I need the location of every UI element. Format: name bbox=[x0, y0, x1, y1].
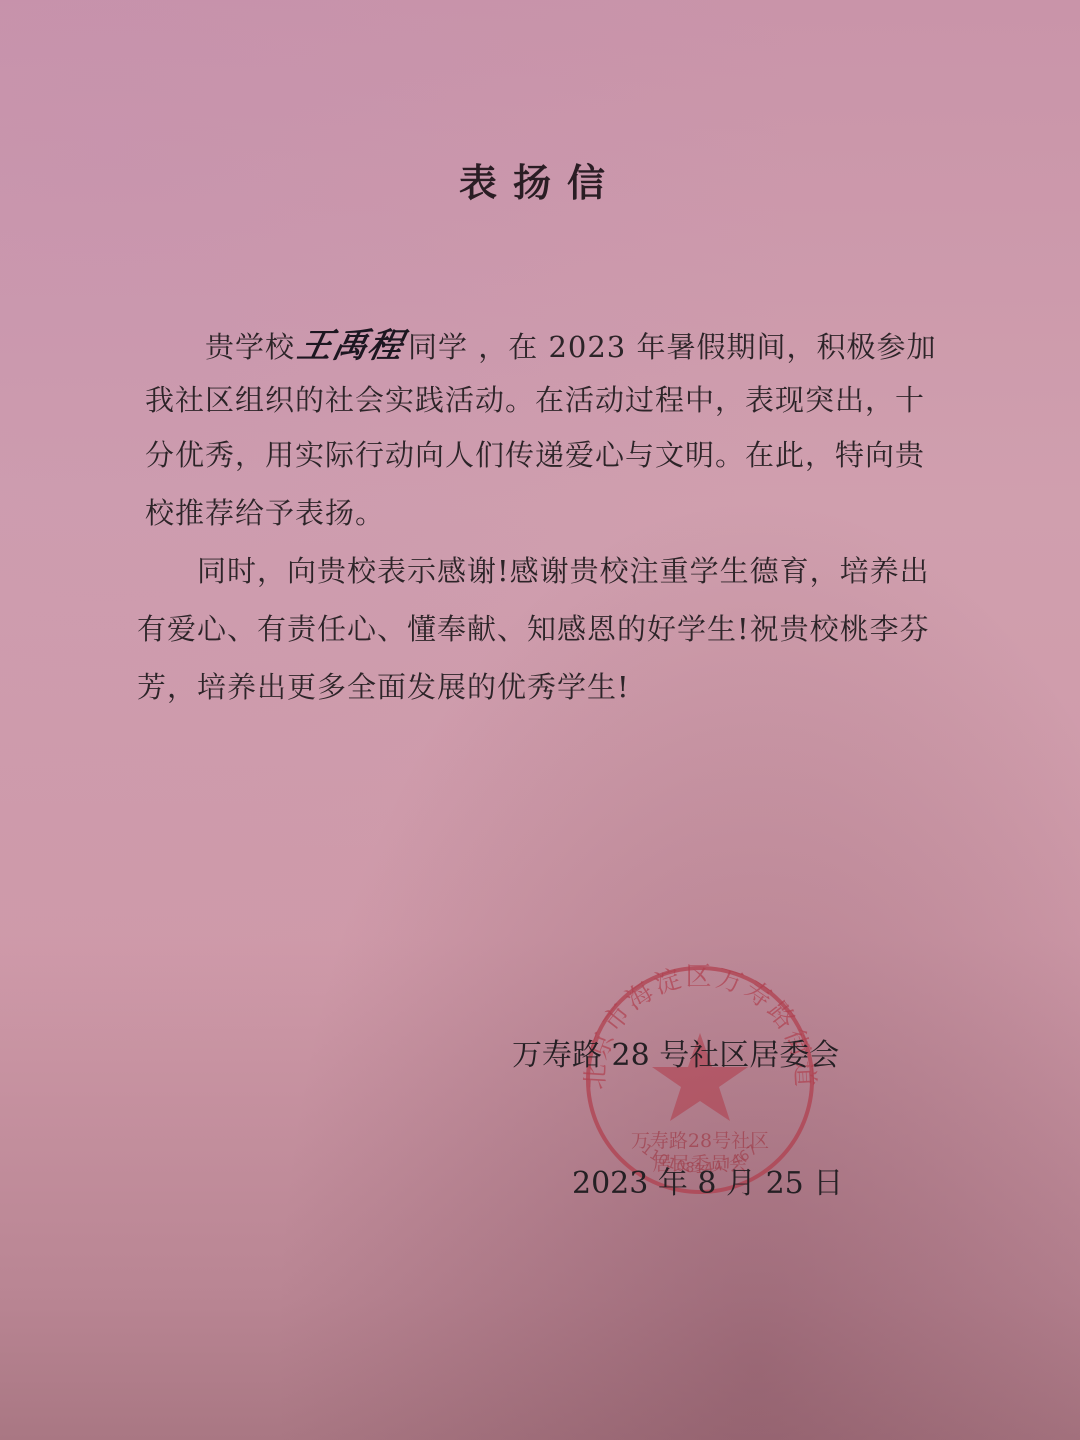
issuing-organization: 万寿路 28 号社区居委会 bbox=[512, 1030, 839, 1074]
issue-date: 2023 年 8 月 25 日 bbox=[572, 1158, 843, 1202]
paragraph1-line3: 分优秀，用实际行动向人们传递爱心与文明。在此，特向贵 bbox=[145, 433, 925, 474]
salutation: 贵学校 bbox=[205, 330, 295, 364]
letter-title: 表扬信 bbox=[0, 152, 1080, 207]
paragraph1-line4: 校推荐给予表扬。 bbox=[145, 491, 385, 532]
paragraph2-line1: 同时，向贵校表示感谢!感谢贵校注重学生德育，培养出 bbox=[197, 549, 930, 590]
paragraph2-line2: 有爱心、有责任心、懂奉献、知感恩的好学生!祝贵校桃李芬 bbox=[137, 607, 930, 648]
paragraph1-line1-text: 同学 ，在 2023 年暑假期间，积极参加 bbox=[408, 330, 936, 364]
paper-background bbox=[0, 0, 1080, 1440]
paragraph2-line3: 芳，培养出更多全面发展的优秀学生! bbox=[137, 665, 630, 706]
paragraph1-line1: 贵学校王禹程同学 ，在 2023 年暑假期间，积极参加 bbox=[205, 318, 936, 367]
handwritten-student-name: 王禹程 bbox=[294, 318, 409, 367]
paragraph1-line2: 我社区组织的社会实践活动。在活动过程中，表现突出，十 bbox=[145, 378, 925, 419]
